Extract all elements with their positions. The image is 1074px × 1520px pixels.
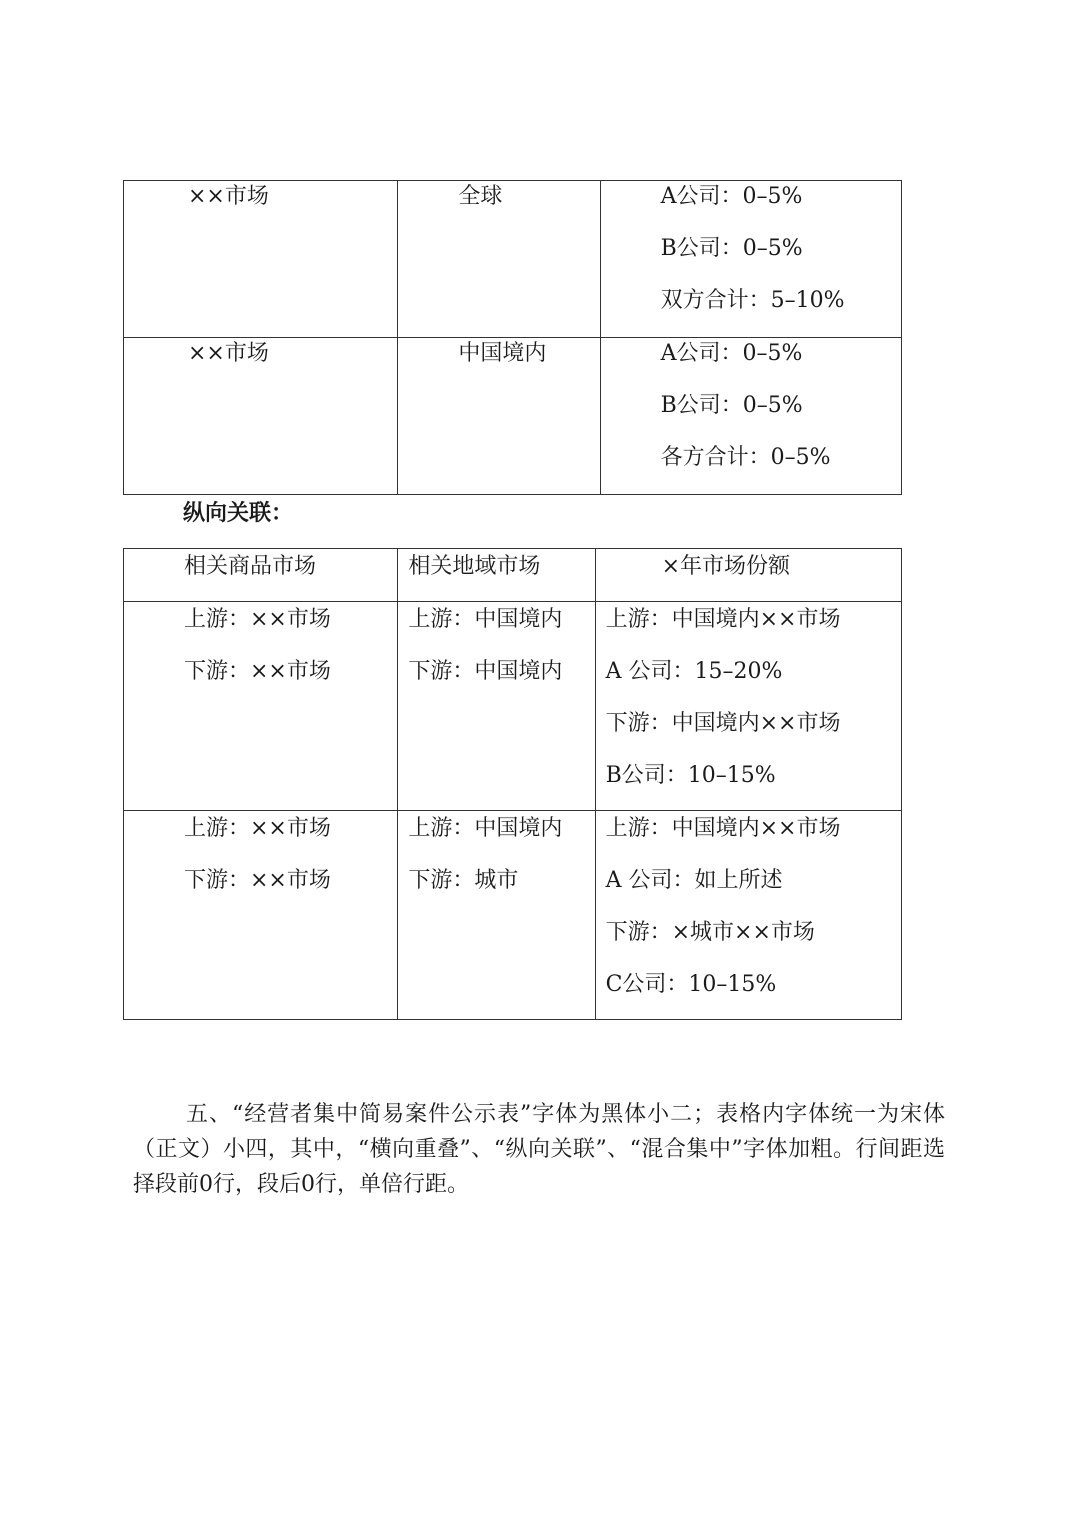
share-cell: 上游：中国境内××市场 A 公司：如上所述 下游：×城市××市场 C公司：10–… bbox=[595, 811, 901, 1020]
header-text: ×年市场份额 bbox=[662, 541, 901, 593]
region-cell: 中国境内 bbox=[398, 338, 600, 495]
cell-text: 全球 bbox=[458, 171, 599, 223]
vertical-relation-table: 相关商品市场 相关地域市场 ×年市场份额 上游：××市场 下游：××市场 上游：… bbox=[123, 548, 902, 1020]
header-text: 相关地域市场 bbox=[408, 541, 594, 593]
cell-text: C公司：10–15% bbox=[606, 959, 901, 1011]
region-cell: 上游：中国境内 下游：城市 bbox=[398, 811, 595, 1020]
product-market-cell: 上游：××市场 下游：××市场 bbox=[124, 602, 398, 811]
region-cell: 全球 bbox=[398, 181, 600, 338]
vertical-section-title: 纵向关联： bbox=[183, 494, 293, 534]
cell-text: B公司：0–5% bbox=[661, 380, 901, 432]
cell-text: 上游：中国境内××市场 bbox=[606, 594, 901, 646]
cell-text: 各方合计：0–5% bbox=[661, 432, 901, 484]
formatting-note-paragraph: 五、“经营者集中简易案件公示表”字体为黑体小二；表格内字体统一为宋体（正文）小四… bbox=[133, 1097, 945, 1202]
cell-text: 中国境内 bbox=[458, 328, 599, 380]
cell-text: 下游：城市 bbox=[408, 855, 594, 907]
cell-text: 下游：中国境内 bbox=[408, 646, 594, 698]
cell-text: 下游：××市场 bbox=[184, 855, 397, 907]
share-cell: A公司：0–5% B公司：0–5% 各方合计：0–5% bbox=[600, 338, 901, 495]
cell-text: 下游：×城市××市场 bbox=[606, 907, 901, 959]
share-cell: A公司：0–5% B公司：0–5% 双方合计：5–10% bbox=[600, 181, 901, 338]
cell-text: 上游：中国境内××市场 bbox=[606, 803, 901, 855]
product-market-cell: ××市场 bbox=[124, 338, 398, 495]
cell-text: B公司：0–5% bbox=[661, 223, 901, 275]
product-market-cell: 上游：××市场 下游：××市场 bbox=[124, 811, 398, 1020]
cell-text: 下游：中国境内××市场 bbox=[606, 698, 901, 750]
table-row: 上游：××市场 下游：××市场 上游：中国境内 下游：城市 上游：中国境内××市… bbox=[124, 811, 902, 1020]
cell-text: 上游：××市场 bbox=[184, 594, 397, 646]
table-row: ××市场 中国境内 A公司：0–5% B公司：0–5% 各方合计：0–5% bbox=[124, 338, 902, 495]
cell-text: B公司：10–15% bbox=[606, 750, 901, 802]
cell-text: ××市场 bbox=[188, 171, 397, 223]
header-text: 相关商品市场 bbox=[184, 541, 397, 593]
cell-text: 上游：中国境内 bbox=[408, 803, 594, 855]
share-cell: 上游：中国境内××市场 A 公司：15–20% 下游：中国境内××市场 B公司：… bbox=[595, 602, 901, 811]
table-row: 上游：××市场 下游：××市场 上游：中国境内 下游：中国境内 上游：中国境内×… bbox=[124, 602, 902, 811]
cell-text: A公司：0–5% bbox=[661, 171, 901, 223]
table-row: ××市场 全球 A公司：0–5% B公司：0–5% 双方合计：5–10% bbox=[124, 181, 902, 338]
cell-text: A 公司：如上所述 bbox=[606, 855, 901, 907]
cell-text: 上游：××市场 bbox=[184, 803, 397, 855]
horizontal-overlap-table: ××市场 全球 A公司：0–5% B公司：0–5% 双方合计：5–10% ××市… bbox=[123, 180, 902, 495]
cell-text: 双方合计：5–10% bbox=[661, 275, 901, 327]
product-market-cell: ××市场 bbox=[124, 181, 398, 338]
paragraph-text: 五、“经营者集中简易案件公示表”字体为黑体小二；表格内字体统一为宋体（正文）小四… bbox=[133, 1102, 945, 1197]
cell-text: A公司：0–5% bbox=[661, 328, 901, 380]
cell-text: 下游：××市场 bbox=[184, 646, 397, 698]
cell-text: 上游：中国境内 bbox=[408, 594, 594, 646]
cell-text: A 公司：15–20% bbox=[606, 646, 901, 698]
cell-text: ××市场 bbox=[188, 328, 397, 380]
region-cell: 上游：中国境内 下游：中国境内 bbox=[398, 602, 595, 811]
